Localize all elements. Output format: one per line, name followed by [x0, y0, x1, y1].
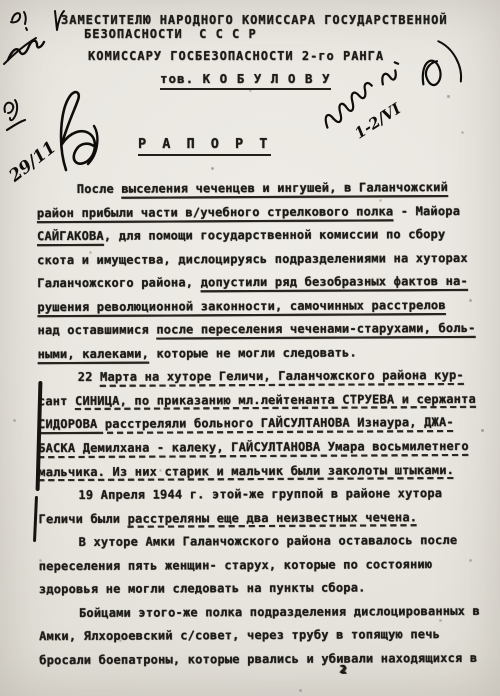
page-number: 2 [340, 663, 347, 676]
addressee-line: тов. К О Б У Л О В У [160, 71, 331, 90]
body-text-segment: которые не могли следовать. [149, 345, 357, 360]
body-text-segment: бросали боепатроны, которые рвались и уб… [39, 651, 477, 667]
body-line: СИДОРОВА расстреляли больного ГАЙСУЛТАНО… [38, 411, 483, 437]
body-text-segment: 19 Апреля 1944 г. этой-же группой в райо… [78, 486, 442, 502]
body-text-segment: рушения революционной законности, самочи… [37, 298, 445, 314]
body-text-segment: Бойцами этого-же полка подразделения дис… [79, 604, 480, 620]
body-text-segment: ными, калеками, [38, 346, 149, 361]
body-line: здоровья не могли следовать на пункты сб… [39, 576, 484, 602]
margin-emphasis-line-thin [33, 496, 38, 542]
header-line-2: БЕЗОПАСНОСТИ С С С Р [84, 27, 257, 41]
document-page: ЗАМЕСТИТЕЛЮ НАРОДНОГО КОМИССАРА ГОСУДАРС… [0, 0, 500, 696]
body-line: Бойцами этого-же полка подразделения дис… [39, 600, 484, 626]
body-line: над оставшимися после переселения чечена… [37, 317, 482, 343]
body-text-segment: переселения пять женщин- старух, которые… [39, 557, 433, 573]
body-line: мальчика. Из них старик и мальчик были з… [38, 458, 483, 484]
body-text-segment: над оставшимися [37, 323, 156, 338]
handwritten-note-right [312, 18, 500, 168]
body-line: рушения революционной законности, самочи… [37, 294, 482, 320]
body-text-segment: Геличи были [38, 511, 127, 525]
body-text-segment: БАСКА Демилхана - калеку, ГАЙСУЛТАНОВА У… [38, 439, 469, 455]
body-text-segment: СИНИЦА, по приказанию мл.лейтенанта СТРУ… [75, 392, 476, 408]
handwritten-scribble-left [1, 92, 37, 136]
body-text-segment: скота и имущества, дислоцируясь подразде… [37, 251, 468, 267]
body-text-segment: Амки, Ялхороевский с/совет, через трубу … [39, 627, 440, 643]
handwritten-signature [40, 86, 112, 178]
body-line: 22 Марта на хуторе Геличи, Галанчожского… [38, 364, 483, 390]
body-line: Геличи были расстреляны еще два неизвест… [38, 505, 483, 531]
body-line: сант СИНИЦА, по приказанию мл.лейтенанта… [38, 388, 483, 414]
report-title: Р А П О Р Т [138, 136, 271, 156]
body-text-segment: 22 [78, 370, 100, 384]
body-text-segment: расстреляли больного ГАЙСУЛТАНОВА Изнаур… [97, 415, 453, 431]
body-text-segment: допустили ряд безобразных фактов на- [201, 274, 468, 289]
body-text-segment: район прибыли части в/учебного стрелково… [37, 204, 393, 220]
body-text-segment: здоровья не могли следовать на пункты сб… [39, 581, 366, 597]
body-line: 19 Апреля 1944 г. этой-же группой в райо… [38, 482, 483, 508]
body-text-segment: после переселения чеченами-старухами, бо… [156, 321, 475, 337]
body-line: скота и имущества, дислоцируясь подразде… [37, 246, 482, 272]
paper-speckles [0, 0, 1, 1]
body-line: После выселения чеченцев и ингушей, в Га… [37, 176, 482, 202]
body-text-segment: выселения чеченцев и ингушей, в Галанчож… [121, 180, 448, 196]
body-line: БАСКА Демилхана - калеку, ГАЙСУЛТАНОВА У… [38, 435, 483, 461]
body-text-segment: Марта на хуторе Геличи, Галанчожского ра… [100, 368, 464, 384]
body-line: САЙГАКОВА, для помощи государственной ко… [37, 223, 482, 249]
body-text-segment: расстреляны еще два неизвестных чечена. [128, 510, 418, 526]
body-line: бросали боепатроны, которые рвались и уб… [39, 647, 484, 673]
body-text-segment: После [77, 182, 122, 196]
body-text-segment: мальчика. Из них старик и мальчик были з… [38, 463, 454, 479]
body-line: ными, калеками, которые не могли следова… [38, 341, 483, 367]
body-lines: После выселения чеченцев и ингушей, в Га… [37, 176, 485, 673]
body-line: Амки, Ялхороевский с/совет, через трубу … [39, 623, 484, 649]
body-text-segment: САЙГАКОВА [37, 229, 104, 243]
body-text-segment: Галанчожского района, [37, 275, 200, 290]
body-text-segment: , для помощи государственной комиссии по… [104, 227, 446, 243]
body-text-segment: В хуторе Амки Галанчожского района остав… [79, 533, 458, 549]
body-text-segment: - Майора [393, 203, 460, 217]
handwritten-scribble-top-left [2, 4, 60, 66]
body-line: переселения пять женщин- старух, которые… [39, 553, 484, 579]
body-line: В хуторе Амки Галанчожского района остав… [39, 529, 484, 555]
body-text-segment: СИДОРОВА [38, 417, 97, 431]
body-line: Галанчожского района, допустили ряд безо… [37, 270, 482, 296]
body-line: район прибыли части в/учебного стрелково… [37, 199, 482, 225]
body-text-segment: сант [38, 394, 75, 408]
